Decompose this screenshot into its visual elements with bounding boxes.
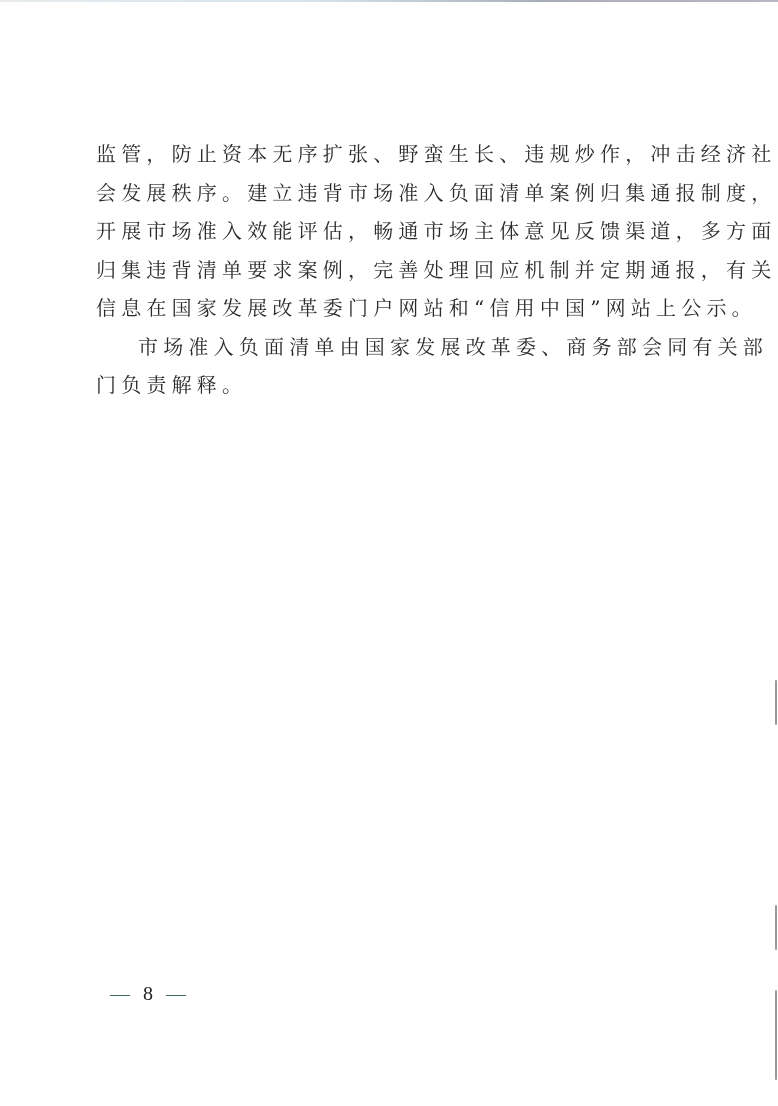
page-number-dash-left: — xyxy=(110,983,130,1005)
text-line: 开展市场准入效能评估，畅通市场主体意见反馈渠道，多方面 xyxy=(96,212,686,251)
page-number-value: 8 xyxy=(143,983,153,1005)
text-line: 监管，防止资本无序扩张、野蛮生长、违规炒作，冲击经济社 xyxy=(96,135,686,174)
page-number-dash-right: — xyxy=(166,983,186,1005)
text-line: 归集违背清单要求案例，完善处理回应机制并定期通报，有关 xyxy=(96,251,686,290)
text-line: 会发展秩序。建立违背市场准入负面清单案例归集通报制度， xyxy=(96,174,686,213)
scan-top-edge xyxy=(0,0,778,2)
document-body: 监管，防止资本无序扩张、野蛮生长、违规炒作，冲击经济社 会发展秩序。建立违背市场… xyxy=(96,135,686,405)
text-line: 门负责解释。 xyxy=(96,366,686,405)
text-line: 市场准入负面清单由国家发展改革委、商务部会同有关部 xyxy=(96,328,686,367)
scan-edge-mark xyxy=(775,905,777,950)
scan-edge-mark xyxy=(775,990,777,1080)
scan-edge-mark xyxy=(775,680,777,725)
paragraph-1: 监管，防止资本无序扩张、野蛮生长、违规炒作，冲击经济社 会发展秩序。建立违背市场… xyxy=(96,135,686,328)
text-line: 信息在国家发展改革委门户网站和“信用中国”网站上公示。 xyxy=(96,289,686,328)
page-number: — 8 — xyxy=(110,983,186,1006)
paragraph-2: 市场准入负面清单由国家发展改革委、商务部会同有关部 门负责解释。 xyxy=(96,328,686,405)
